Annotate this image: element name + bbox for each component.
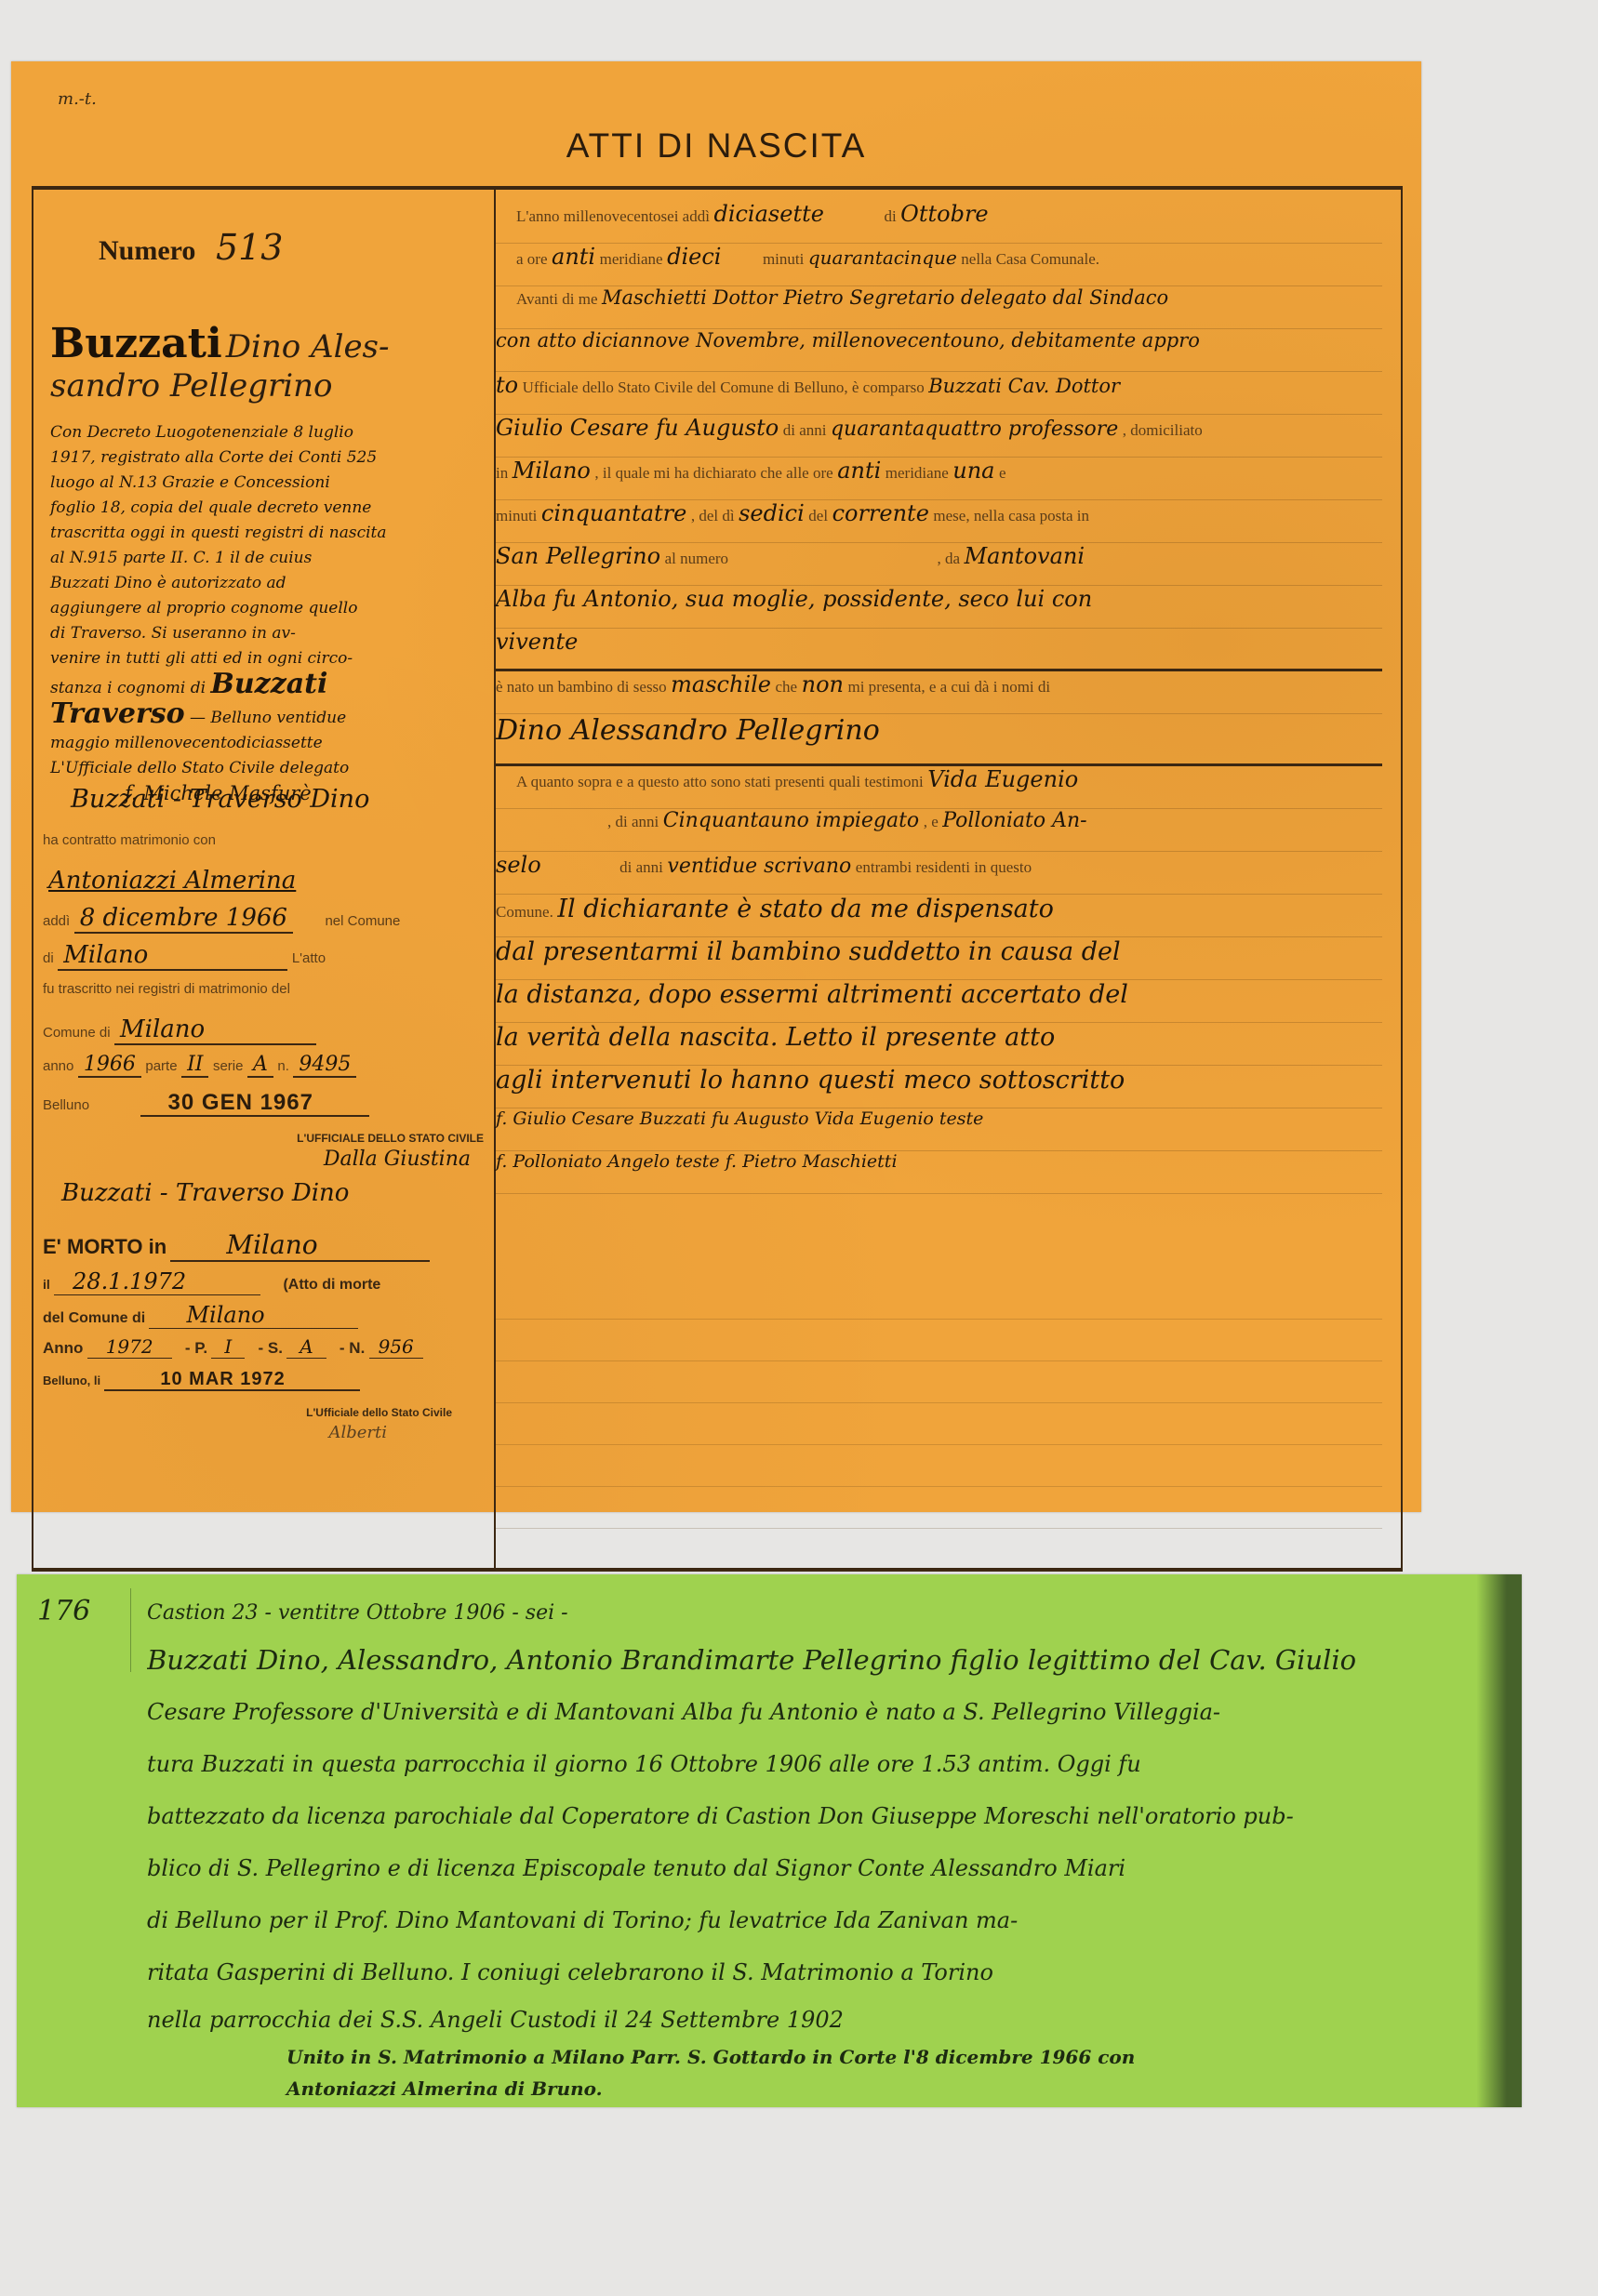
- annotation-surname-2: Traverso: [50, 697, 185, 730]
- di-label: di: [43, 950, 54, 966]
- annotation-surname-1: Buzzati: [210, 668, 327, 700]
- body-line-22: f. Giulio Cesare Buzzati fu Augusto Vida…: [496, 1108, 1382, 1151]
- printed-text: , e: [924, 813, 939, 830]
- printed-text: , da: [938, 550, 961, 567]
- witness-2-details: ventidue scrivano: [667, 855, 851, 878]
- contracted-label: ha contratto matrimonio con: [43, 832, 216, 848]
- witness-2-name: Polloniato An-: [942, 809, 1086, 832]
- atto-morte-label: (Atto di morte: [283, 1277, 380, 1293]
- printed-text: entrambi residenti in questo: [856, 858, 1032, 876]
- annotation-line: Con Decreto Luogotenenziale 8 luglio: [50, 420, 486, 445]
- handwritten-text: vivente: [496, 629, 578, 655]
- annotation-line: L'Ufficiale dello Stato Civile delegato: [50, 756, 486, 781]
- death-comune: Milano: [149, 1302, 357, 1329]
- marriage-stamp-date: 30 GEN 1967: [140, 1090, 369, 1117]
- n-value: 9495: [293, 1053, 356, 1078]
- body-line-13: Dino Alessandro Pellegrino: [496, 714, 1382, 766]
- date-label: addì: [43, 913, 70, 929]
- witness-1-name: Vida Eugenio: [927, 766, 1078, 792]
- death-anno-label: Anno: [43, 1339, 83, 1357]
- body-line-18: dal presentarmi il bambino suddetto in c…: [496, 937, 1382, 980]
- body-line-15: , di anni Cinquantauno impiegato , e Pol…: [496, 809, 1382, 852]
- witness-1-details: Cinquantauno impiegato: [663, 809, 919, 832]
- day-value: diciasette: [713, 201, 823, 227]
- il-label: il: [43, 1277, 50, 1292]
- printed-text: A quanto sopra e a questo atto sono stat…: [516, 773, 924, 790]
- printed-text: , del dì: [691, 507, 735, 524]
- body-line-1: L'anno millenovecentosei addì diciasette…: [496, 201, 1382, 244]
- body-line-10: Alba fu Antonio, sua moglie, possidente,…: [496, 586, 1382, 629]
- baptism-line: di Belluno per il Prof. Dino Mantovani d…: [147, 1894, 1485, 1946]
- baptism-line: nella parrocchia dei S.S. Angeli Custodi…: [147, 1998, 1485, 2041]
- given-names-1: Dino Ales-: [226, 328, 390, 365]
- witness-2-name: selo: [496, 852, 541, 878]
- baptism-line: Buzzati Dino, Alessandro, Antonio Brandi…: [147, 1634, 1485, 1686]
- marriage-note: Unito in S. Matrimonio a Milano Parr. S.…: [147, 2041, 1485, 2073]
- birth-day: sedici: [739, 500, 805, 526]
- numero-label: Numero: [99, 235, 195, 266]
- printed-text: mese, nella casa posta in: [933, 507, 1089, 524]
- n-label: n.: [277, 1058, 289, 1074]
- printed-text: Avanti di me: [516, 290, 598, 308]
- officer-name: Maschietti Dottor Pietro Segretario dele…: [602, 286, 1168, 309]
- death-officer-signature: Alberti: [328, 1423, 387, 1442]
- printed-text: minuti: [496, 507, 537, 524]
- death-comune-label: del Comune di: [43, 1310, 145, 1326]
- signatures: f. Polloniato Angelo teste f. Pietro Mas…: [496, 1151, 898, 1172]
- margin-rule: [130, 1588, 131, 1672]
- numero-value: 513: [216, 227, 284, 268]
- baptism-line: Castion 23 - ventitre Ottobre 1906 - sei…: [147, 1593, 1485, 1634]
- spouse-name: Antoniazzi Almerina: [43, 867, 301, 895]
- printed-text: meridiane: [600, 250, 663, 268]
- record-number: Numero 513: [99, 227, 283, 268]
- body-line-14: A quanto sopra e a questo atto sono stat…: [496, 766, 1382, 809]
- sex-value: maschile: [671, 671, 771, 697]
- printed-text: , il quale mi ha dichiarato che alle ore: [594, 464, 832, 482]
- body-line-20: la verità della nascita. Letto il presen…: [496, 1023, 1382, 1066]
- handwritten-text: anti: [837, 458, 881, 484]
- marriage-note: Antoniazzi Almerina di Bruno.: [147, 2073, 1485, 2104]
- baptism-record-number: 176: [37, 1595, 90, 1627]
- handwritten-text: non: [802, 671, 844, 697]
- annotation-line: di Traverso. Si useranno in av-: [50, 621, 486, 646]
- declarant-name: Giulio Cesare fu Augusto: [496, 415, 779, 441]
- printed-text: Ufficiale dello Stato Civile del Comune …: [523, 378, 925, 396]
- parte-value: II: [181, 1053, 208, 1078]
- birth-hour: una: [952, 458, 994, 484]
- handwritten-text: la verità della nascita. Letto il presen…: [496, 1023, 1055, 1052]
- death-anno-value: 1972: [87, 1335, 172, 1359]
- annotation-line: al N.915 parte II. C. 1 il de cuius: [50, 546, 486, 571]
- printed-text: del: [808, 507, 828, 524]
- serie-value: A: [247, 1053, 273, 1078]
- baptism-line: blico di S. Pellegrino e di licenza Epis…: [147, 1842, 1485, 1894]
- annotation-line: Buzzati Dino è autorizzato ad: [50, 571, 486, 596]
- surname: Buzzati: [50, 320, 222, 367]
- annotation-line: aggiungere al proprio cognome quello: [50, 596, 486, 621]
- body-line-3: Avanti di me Maschietti Dottor Pietro Se…: [496, 286, 1382, 329]
- marriage-name: Buzzati - Traverso Dino: [43, 785, 369, 814]
- handwritten-text: Il dichiarante è stato da me dispensato: [557, 895, 1054, 923]
- annotation-line: foglio 18, copia del quale decreto venne: [50, 496, 486, 521]
- body-line-21: agli intervenuti lo hanno questi meco so…: [496, 1066, 1382, 1108]
- body-line-9: San Pellegrino al numero , da Mantovani: [496, 543, 1382, 586]
- printed-text: e: [999, 464, 1006, 482]
- serie-label: serie: [213, 1058, 244, 1074]
- handwritten-text: anti: [552, 244, 595, 270]
- body-line-23: f. Polloniato Angelo teste f. Pietro Mas…: [496, 1151, 1382, 1194]
- death-belluno-label: Belluno, li: [43, 1374, 100, 1387]
- body-line-2: a ore anti meridiane dieci minuti quaran…: [496, 244, 1382, 286]
- birth-record-sheet: m.-t. ATTI DI NASCITA Numero 513 Buzzati…: [11, 61, 1421, 1512]
- annotation-line: maggio millenovecentodiciassette: [50, 731, 486, 756]
- body-line-19: la distanza, dopo essermi altrimenti acc…: [496, 980, 1382, 1023]
- printed-text: mi presenta, e a cui dà i nomi di: [847, 678, 1050, 696]
- comune-label: nel Comune: [325, 913, 400, 929]
- registrant-name: Buzzati Dino Ales- sandro Pellegrino: [50, 320, 487, 405]
- transcribed-comune: Milano: [114, 1015, 316, 1045]
- margin-column: Numero 513 Buzzati Dino Ales- sandro Pel…: [33, 190, 494, 1568]
- printed-text: di anni: [783, 421, 827, 439]
- given-names-2: sandro Pellegrino: [50, 367, 333, 405]
- marriage-name-repeat: Buzzati - Traverso Dino: [43, 1179, 349, 1207]
- officer-label: L'UFFICIALE DELLO STATO CIVILE: [297, 1132, 484, 1145]
- anno-label: anno: [43, 1058, 73, 1074]
- death-place: Milano: [170, 1229, 429, 1262]
- baptism-record-sheet: 176 Castion 23 - ventitre Ottobre 1906 -…: [17, 1574, 1522, 2107]
- atto-label: L'atto: [292, 950, 326, 966]
- signatures: f. Giulio Cesare Buzzati fu Augusto Vida…: [496, 1108, 983, 1129]
- body-line-8: minuti cinquantatre , del dì sedici del …: [496, 500, 1382, 543]
- body-line-11: vivente: [496, 629, 1382, 671]
- domicile-value: Milano: [513, 458, 591, 484]
- birth-place: San Pellegrino: [496, 543, 660, 569]
- blank-ruled-lines: [496, 1278, 1382, 1613]
- transcribed-label: fu trascritto nei registri di matrimonio…: [43, 981, 290, 997]
- marriage-comune: Milano: [58, 941, 287, 971]
- printed-text: nella Casa Comunale.: [961, 250, 1099, 268]
- record-body: L'anno millenovecentosei addì diciasette…: [496, 190, 1401, 1568]
- record-frame: Numero 513 Buzzati Dino Ales- sandro Pel…: [32, 186, 1403, 1572]
- death-stamp-date: 10 MAR 1972: [104, 1369, 359, 1391]
- parte-label: parte: [145, 1058, 177, 1074]
- surname-decree-annotation: Con Decreto Luogotenenziale 8 luglio 191…: [50, 420, 486, 806]
- printed-text: meridiane: [886, 464, 949, 482]
- month-value: Ottobre: [900, 201, 988, 227]
- printed-text: Comune.: [496, 903, 553, 921]
- handwritten-text: to: [496, 372, 518, 398]
- printed-text: di: [884, 207, 896, 225]
- printed-text: in: [496, 464, 508, 482]
- marriage-annotation: Buzzati - Traverso Dino ha contratto mat…: [43, 785, 489, 1222]
- handwritten-text: dal presentarmi il bambino suddetto in c…: [496, 937, 1121, 966]
- printed-text: minuti: [763, 250, 804, 268]
- body-line-7: in Milano , il quale mi ha dichiarato ch…: [496, 458, 1382, 500]
- death-p-label: - P.: [185, 1339, 207, 1357]
- body-line-5: to Ufficiale dello Stato Civile del Comu…: [496, 372, 1382, 415]
- death-officer-label: L'Ufficiale dello Stato Civile: [306, 1406, 452, 1419]
- death-p-value: I: [211, 1335, 245, 1359]
- baptism-record-body: Castion 23 - ventitre Ottobre 1906 - sei…: [147, 1593, 1485, 2104]
- annotation-line: 1917, registrato alla Corte dei Conti 52…: [50, 445, 486, 471]
- handwritten-text: agli intervenuti lo hanno questi meco so…: [496, 1066, 1125, 1095]
- printed-text: è nato un bambino di sesso: [496, 678, 667, 696]
- declarant-age: quarantaquattro professore: [831, 418, 1118, 441]
- death-n-label: - N.: [340, 1339, 365, 1357]
- belluno-label: Belluno: [43, 1097, 89, 1113]
- printed-text: al numero: [665, 550, 728, 567]
- mother-name: Mantovani: [965, 543, 1085, 569]
- body-line-12: è nato un bambino di sesso maschile che …: [496, 671, 1382, 714]
- handwritten-text: corrente: [832, 500, 929, 526]
- comune-di-label: Comune di: [43, 1025, 111, 1041]
- printed-text: che: [776, 678, 798, 696]
- baptism-line: battezzato da licenza parochiale dal Cop…: [147, 1790, 1485, 1842]
- printed-text: di anni: [619, 858, 663, 876]
- annotation-line: trascritta oggi in questi registri di na…: [50, 521, 486, 546]
- annotation-line: stanza i cognomi di: [50, 679, 206, 697]
- handwritten-text: con atto diciannove Novembre, millenovec…: [496, 329, 1200, 352]
- death-s-value: A: [286, 1335, 326, 1359]
- printed-text: L'anno millenovecentosei addì: [516, 207, 710, 225]
- baptism-line: ritata Gasperini di Belluno. I coniugi c…: [147, 1946, 1485, 1998]
- body-line-6: Giulio Cesare fu Augusto di anni quarant…: [496, 415, 1382, 458]
- annotation-line: — Belluno ventidue: [190, 709, 346, 727]
- declarant-name: Buzzati Cav. Dottor: [928, 375, 1120, 397]
- baptism-line: Cesare Professore d'Università e di Mant…: [147, 1686, 1485, 1738]
- minutes-value: quarantacinque: [808, 246, 957, 269]
- body-line-17: Comune. Il dichiarante è stato da me dis…: [496, 895, 1382, 937]
- corner-mark: m.-t.: [58, 89, 97, 109]
- body-line-16: selo di anni ventidue scrivano entrambi …: [496, 852, 1382, 895]
- baptism-line: tura Buzzati in questa parrocchia il gio…: [147, 1738, 1485, 1790]
- printed-text: , domiciliato: [1123, 421, 1203, 439]
- death-annotation: E' MORTO in Milano il 28.1.1972 (Atto di…: [43, 1229, 489, 1456]
- printed-text: , di anni: [607, 813, 659, 830]
- birth-minutes: cinquantatre: [541, 500, 686, 526]
- child-given-names: Dino Alessandro Pellegrino: [496, 714, 880, 747]
- document-title: ATTI DI NASCITA: [11, 126, 1421, 166]
- anno-value: 1966: [78, 1053, 141, 1078]
- mother-details: Alba fu Antonio, sua moglie, possidente,…: [496, 586, 1092, 612]
- handwritten-text: la distanza, dopo essermi altrimenti acc…: [496, 980, 1128, 1009]
- marriage-date: 8 dicembre 1966: [74, 904, 293, 934]
- officer-signature: Dalla Giustina: [324, 1148, 471, 1171]
- printed-text: a ore: [516, 250, 548, 268]
- annotation-line: luogo al N.13 Grazie e Concessioni: [50, 471, 486, 496]
- death-s-label: - S.: [259, 1339, 283, 1357]
- morto-label: E' MORTO in: [43, 1235, 166, 1258]
- body-line-4: con atto diciannove Novembre, millenovec…: [496, 329, 1382, 372]
- death-date: 28.1.1972: [54, 1268, 260, 1295]
- hour-value: dieci: [667, 244, 721, 270]
- death-n-value: 956: [369, 1335, 423, 1359]
